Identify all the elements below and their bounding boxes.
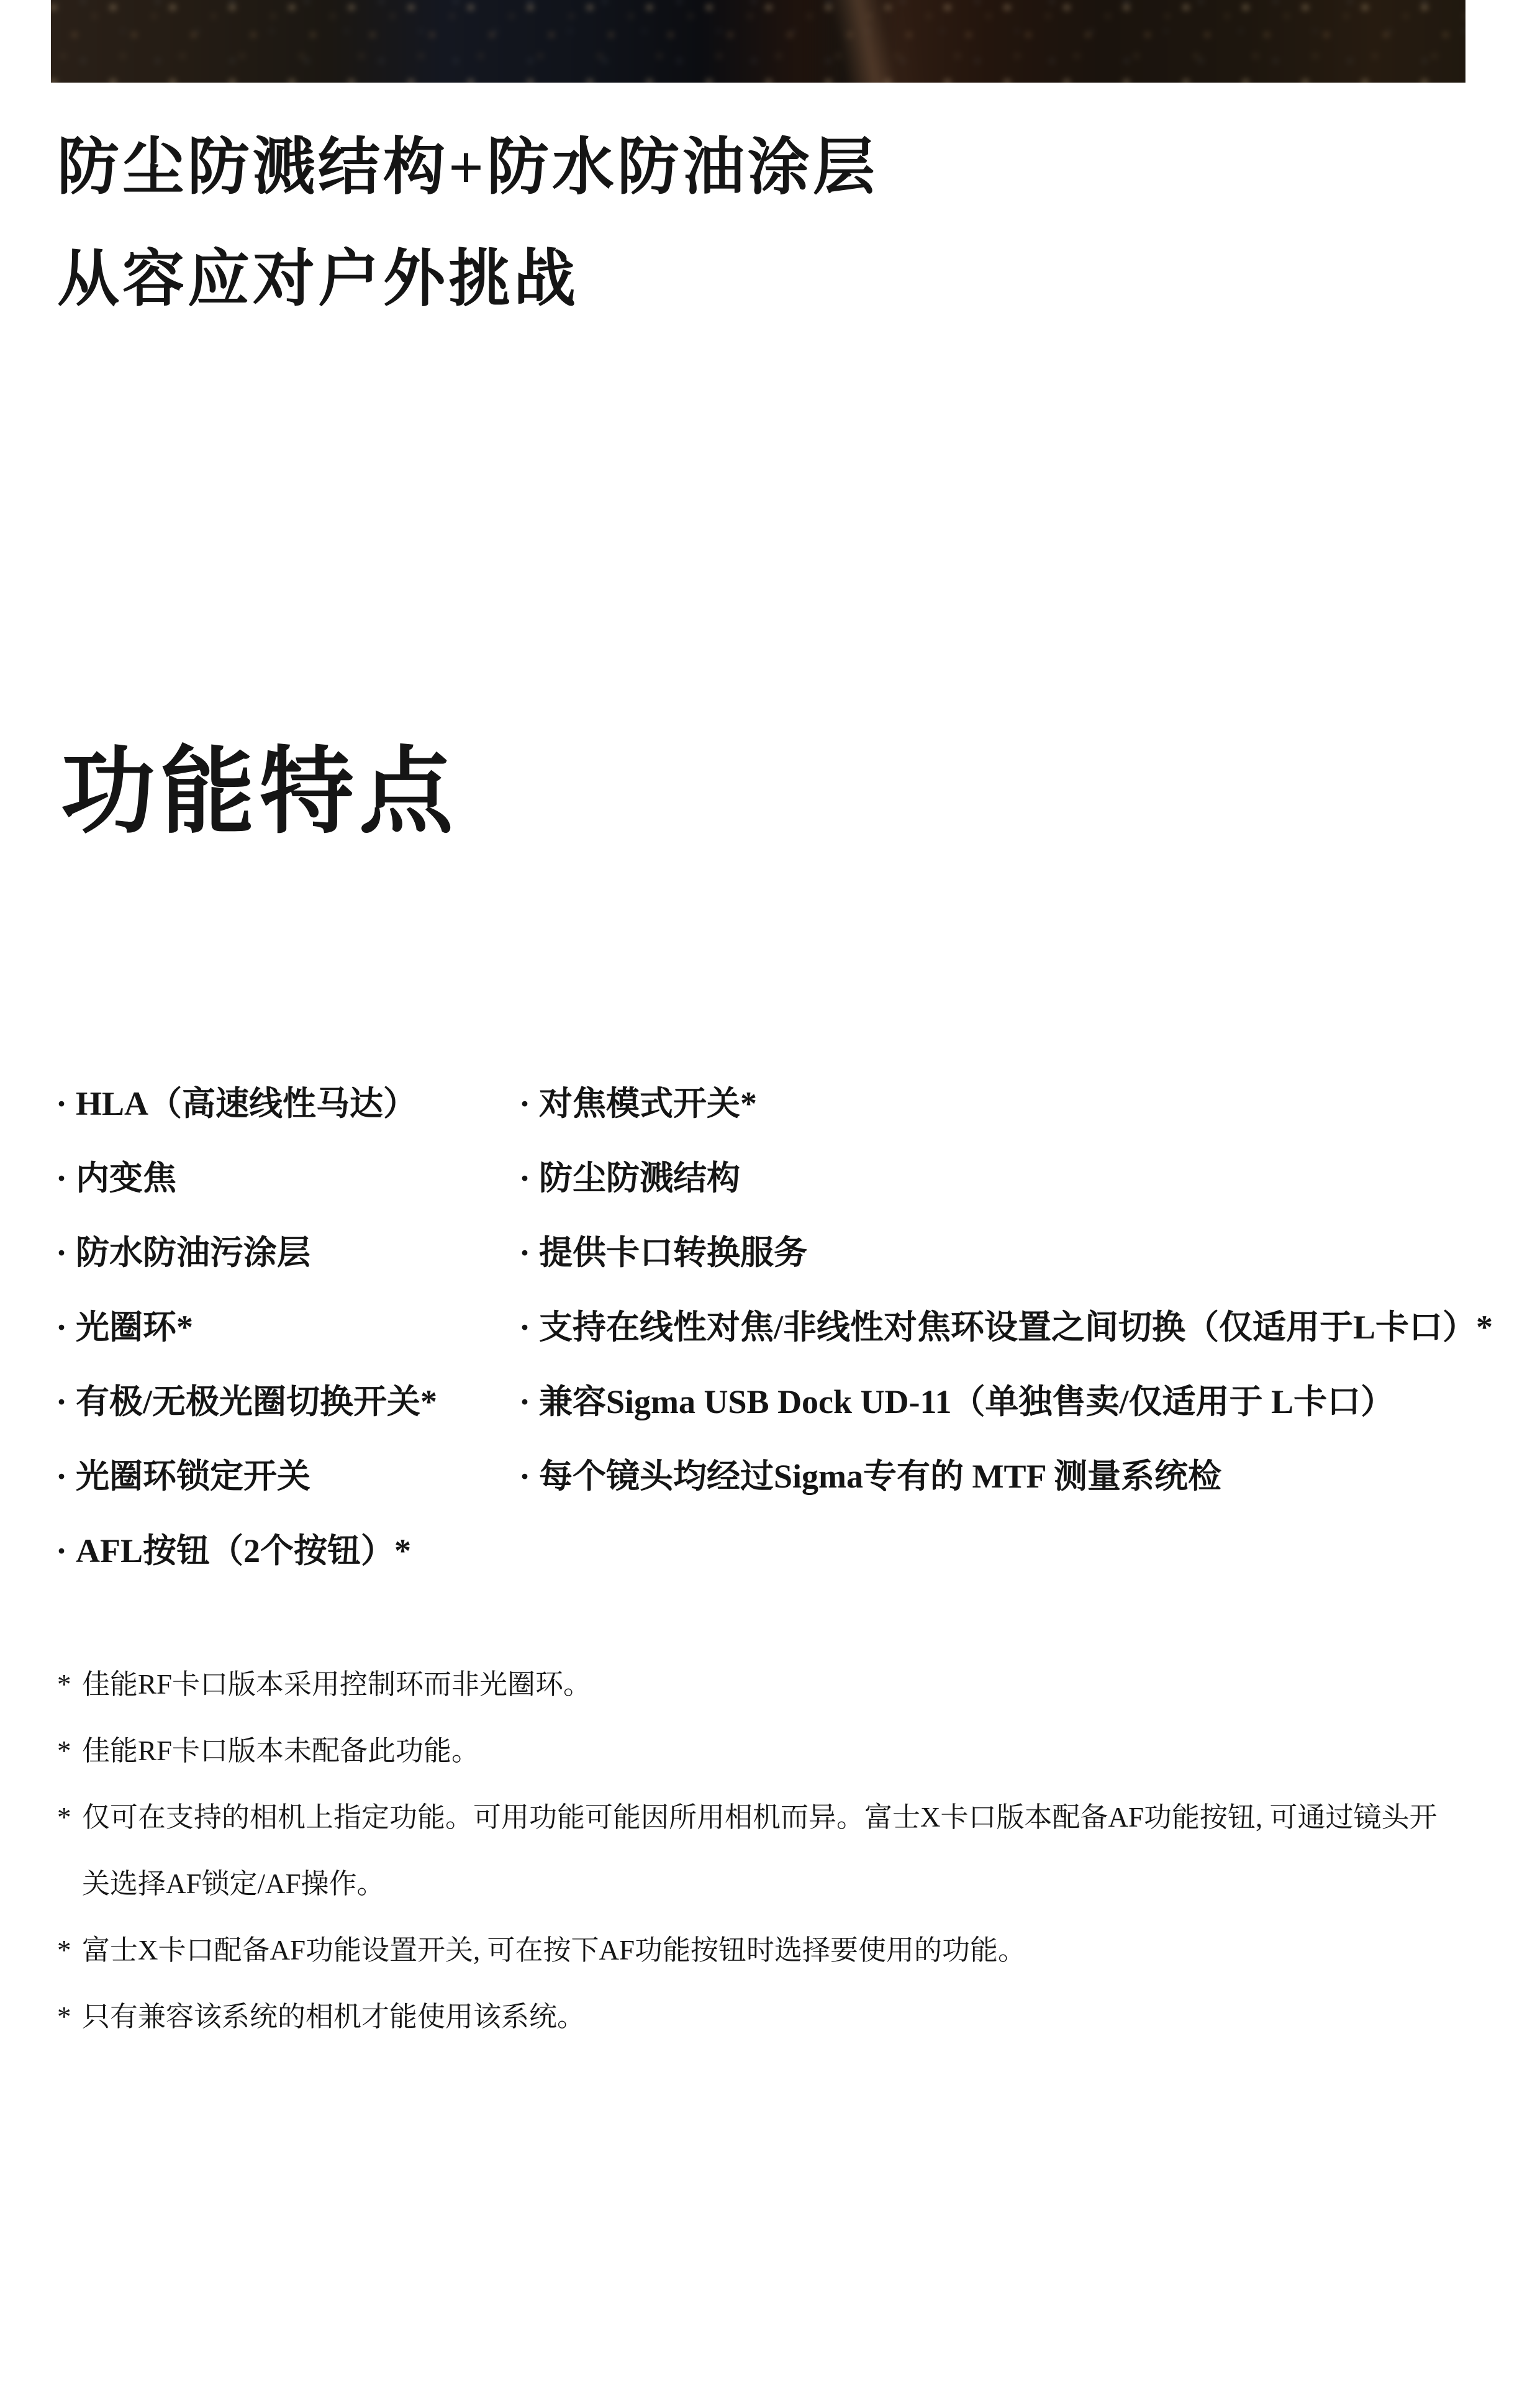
footnote-marker: *	[57, 2001, 82, 2033]
footnote-line: 关选择AF锁定/AF操作。	[57, 1868, 1438, 1934]
feature-item: ·支持在线性对焦/非线性对焦环设置之间切换（仅适用于L卡口）*	[519, 1308, 1493, 1383]
footnote-line: *仅可在支持的相机上指定功能。可用功能可能因所用相机而异。富士X卡口版本配备AF…	[57, 1801, 1438, 1868]
footnote-line: *佳能RF卡口版本未配备此功能。	[57, 1735, 1438, 1801]
feature-item: ·兼容Sigma USB Dock UD-11（单独售卖/仅适用于 L卡口）	[519, 1383, 1493, 1457]
feature-item: ·对焦模式开关*	[519, 1084, 1493, 1159]
footnote-line: *富士X卡口配备AF功能设置开关, 可在按下AF功能按钮时选择要使用的功能。	[57, 1934, 1438, 2001]
footnote-text: 佳能RF卡口版本未配备此功能。	[82, 1735, 479, 1766]
bullet-dot: ·	[519, 1233, 539, 1272]
footnote-line: *只有兼容该系统的相机才能使用该系统。	[57, 2001, 1438, 2067]
feature-item: ·防尘防溅结构	[519, 1159, 1493, 1233]
footnote-text: 关选择AF锁定/AF操作。	[82, 1868, 385, 1899]
feature-text: 内变焦	[76, 1160, 176, 1197]
footnote-text: 只有兼容该系统的相机才能使用该系统。	[82, 2001, 585, 2032]
bullet-dot: ·	[519, 1457, 539, 1496]
feature-item: ·每个镜头均经过Sigma专有的 MTF 测量系统检	[519, 1457, 1493, 1532]
bullet-dot: ·	[519, 1308, 539, 1347]
headline-line-1: 防尘防溅结构+防水防油涂层	[57, 137, 878, 199]
feature-list-right: ·对焦模式开关* ·防尘防溅结构 ·提供卡口转换服务 ·支持在线性对焦/非线性对…	[519, 1084, 1493, 1532]
feature-text: 光圈环锁定开关	[76, 1458, 310, 1495]
feature-item: ·光圈环*	[56, 1308, 437, 1383]
footnote-marker: *	[57, 1934, 82, 1966]
feature-text: 兼容Sigma USB Dock UD-11（单独售卖/仅适用于 L卡口）	[539, 1383, 1394, 1420]
footnote-text: 富士X卡口配备AF功能设置开关, 可在按下AF功能按钮时选择要使用的功能。	[82, 1935, 1026, 1966]
feature-item: ·防水防油污涂层	[56, 1233, 437, 1308]
feature-item: ·内变焦	[56, 1159, 437, 1233]
hero-photo-texture	[51, 0, 1465, 83]
feature-item: ·提供卡口转换服务	[519, 1233, 1493, 1308]
hero-photo	[51, 0, 1465, 83]
feature-item: ·有极/无极光圈切换开关*	[56, 1383, 437, 1457]
bullet-dot: ·	[56, 1159, 76, 1197]
feature-text: AFL按钮（2个按钮）*	[76, 1532, 411, 1570]
headline-line-2: 从容应对户外挑战	[57, 248, 579, 311]
feature-text: 光圈环*	[76, 1309, 193, 1346]
feature-text: 有极/无极光圈切换开关*	[76, 1383, 437, 1420]
feature-item: ·HLA（高速线性马达）	[56, 1084, 437, 1159]
feature-text: 防尘防溅结构	[539, 1160, 740, 1197]
footnote-line: *佳能RF卡口版本采用控制环而非光圈环。	[57, 1668, 1438, 1735]
footnotes: *佳能RF卡口版本采用控制环而非光圈环。 *佳能RF卡口版本未配备此功能。 *仅…	[57, 1668, 1438, 2067]
bullet-dot: ·	[519, 1084, 539, 1123]
bullet-dot: ·	[519, 1159, 539, 1197]
feature-text: 防水防油污涂层	[76, 1234, 310, 1271]
feature-text: HLA（高速线性马达）	[76, 1085, 417, 1122]
feature-text: 支持在线性对焦/非线性对焦环设置之间切换（仅适用于L卡口）*	[539, 1309, 1493, 1346]
feature-text: 每个镜头均经过Sigma专有的 MTF 测量系统检	[539, 1458, 1221, 1495]
feature-text: 提供卡口转换服务	[539, 1234, 807, 1271]
bullet-dot: ·	[56, 1457, 76, 1496]
bullet-dot: ·	[519, 1383, 539, 1421]
footnote-text: 仅可在支持的相机上指定功能。可用功能可能因所用相机而异。富士X卡口版本配备AF功…	[82, 1802, 1438, 1833]
bullet-dot: ·	[56, 1084, 76, 1123]
section-title: 功能特点	[61, 745, 458, 840]
feature-item: ·AFL按钮（2个按钮）*	[56, 1532, 437, 1606]
bullet-dot: ·	[56, 1383, 76, 1421]
feature-item: ·光圈环锁定开关	[56, 1457, 437, 1532]
bullet-dot: ·	[56, 1532, 76, 1570]
bullet-dot: ·	[56, 1233, 76, 1272]
footnote-marker: *	[57, 1668, 82, 1701]
bullet-dot: ·	[56, 1308, 76, 1347]
feature-list-left: ·HLA（高速线性马达） ·内变焦 ·防水防油污涂层 ·光圈环* ·有极/无极光…	[56, 1084, 437, 1606]
footnote-text: 佳能RF卡口版本采用控制环而非光圈环。	[82, 1669, 591, 1700]
product-detail-page: 防尘防溅结构+防水防油涂层 从容应对户外挑战 功能特点 ·HLA（高速线性马达）…	[0, 0, 1540, 2385]
footnote-marker: *	[57, 1735, 82, 1767]
footnote-marker: *	[57, 1801, 82, 1833]
feature-text: 对焦模式开关*	[539, 1085, 757, 1122]
